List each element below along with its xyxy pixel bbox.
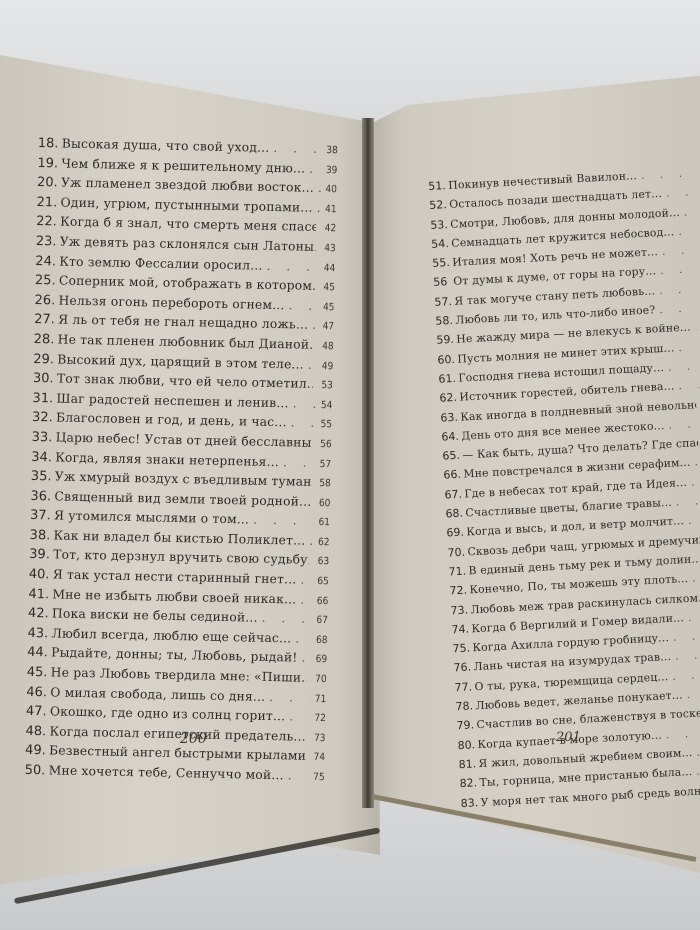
leader-dots: . . . . . . . . . . . . . . . . <box>289 396 317 411</box>
entry-number: 79. <box>456 719 477 733</box>
entry-page: 65 <box>313 576 329 587</box>
page-number-right: 201 <box>556 730 581 745</box>
entry-number: 50. <box>25 763 49 778</box>
entry-number: 52. <box>429 198 450 212</box>
entry-number: 42. <box>28 606 52 621</box>
leader-dots: . . . . . . . . . . . . . . . . <box>682 687 700 702</box>
entry-page: 71 <box>310 693 326 704</box>
leader-dots: . . . . . . . . . . . . . . . . <box>692 745 700 759</box>
entry-number: 43. <box>27 626 51 641</box>
entry-number: 66. <box>443 468 464 482</box>
entry-page: 44 <box>319 262 335 273</box>
entry-page: 58 <box>315 478 331 489</box>
leader-dots: . . . . . . . . . . . . . . . . <box>262 258 319 273</box>
leader-dots: . . . . . . . . . . . . . . . . <box>658 243 693 258</box>
leader-dots: . . . . . . . . . . . . . . . . <box>284 298 318 313</box>
entry-number: 32. <box>32 410 56 425</box>
entry-number: 62. <box>439 391 460 405</box>
entry-number: 33. <box>32 430 56 445</box>
entry-number: 44. <box>27 645 51 660</box>
leader-dots: . . . . . . . . . . . . . . . . <box>696 398 700 411</box>
leader-dots: . . . . . . . . . . . . . . . . <box>279 455 316 470</box>
leader-dots: . . . . . . . . . . . . . . . . <box>662 186 690 200</box>
entry-number: 27. <box>34 312 58 327</box>
entry-page: 48 <box>318 341 334 352</box>
entry-page: 43 <box>320 243 336 254</box>
leader-dots: . . . . . . . . . . . . . . . . <box>655 282 695 297</box>
entry-title: Пока виски не белы сединой... <box>52 607 258 625</box>
leader-dots: . . . . . . . . . . . . . . . . <box>664 417 700 432</box>
entry-number: 74. <box>451 622 472 636</box>
entry-title: Я утомился мыслями о том... <box>54 509 249 527</box>
entry-page: 72 <box>310 713 326 724</box>
leader-dots: . . . . . . . . . . . . . . . . <box>291 631 311 645</box>
leader-dots: . . . . . . . . . . . . . . . . <box>671 648 700 663</box>
leader-dots: . . . . . . . . . . . . . . . . <box>664 359 699 374</box>
entry-number: 19. <box>37 156 61 171</box>
leader-dots: . . . . . . . . . . . . . . . . <box>296 573 313 587</box>
entry-number: 30. <box>33 371 57 386</box>
entry-number: 71. <box>448 564 469 578</box>
entry-number: 53. <box>430 217 451 231</box>
left-contents-list: 18.Высокая душа, что свой уход.... . . .… <box>24 136 337 789</box>
entry-number: 54. <box>431 237 452 251</box>
leader-dots: . . . . . . . . . . . . . . . . <box>249 513 314 528</box>
entry-number: 60. <box>437 352 458 366</box>
entry-page: 57 <box>315 458 331 469</box>
leader-dots: . . . . . . . . . . . . . . . . <box>671 494 700 509</box>
entry-number: 37. <box>30 508 54 523</box>
leader-dots: . . . . . . . . . . . . . . . . <box>687 475 700 489</box>
entry-number: 29. <box>33 351 57 366</box>
leader-dots: . . . . . . . . . . . . . . . . <box>305 534 313 548</box>
leader-dots: . . . . . . . . . . . . . . . . <box>684 513 700 527</box>
entry-number: 49. <box>25 743 49 758</box>
entry-number: 28. <box>34 332 58 347</box>
entry-number: 24. <box>35 254 59 269</box>
entry-number: 48. <box>25 724 49 739</box>
entry-number: 59. <box>436 333 457 347</box>
entry-number: 21. <box>36 195 60 210</box>
entry-number: 40. <box>29 567 53 582</box>
leader-dots: . . . . . . . . . . . . . . . . <box>265 690 310 705</box>
entry-page: 74 <box>309 752 325 763</box>
entry-number: 81. <box>458 757 479 771</box>
leader-dots: . . . . . . . . . . . . . . . . <box>257 611 312 626</box>
leader-dots: . . . . . . . . . . . . . . . . <box>679 205 690 219</box>
entry-page: 70 <box>311 674 327 685</box>
leader-dots: . . . . . . . . . . . . . . . . <box>285 710 310 725</box>
leader-dots: . . . . . . . . . . . . . . . . <box>688 571 700 585</box>
entry-number: 68. <box>445 507 466 521</box>
entry-page: 45 <box>318 302 334 313</box>
entry-page: 38 <box>322 145 338 156</box>
entry-number: 34. <box>31 449 55 464</box>
entry-number: 65. <box>442 449 463 463</box>
leader-dots: . . . . . . . . . . . . . . . . <box>284 768 309 783</box>
entry-page: 47 <box>318 321 334 332</box>
entry-page: 67 <box>312 615 328 626</box>
entry-number: 61. <box>438 372 459 386</box>
entry-page: 55 <box>316 419 332 430</box>
entry-number: 57. <box>434 295 455 309</box>
entry-number: 75. <box>452 641 473 655</box>
entry-page: 73 <box>309 733 325 744</box>
entry-page: 45 <box>319 282 335 293</box>
book-gutter <box>362 118 374 808</box>
entry-number: 47. <box>26 704 50 719</box>
entry-page: 54 <box>316 400 332 411</box>
entry-number: 55. <box>432 256 453 270</box>
leader-dots: . . . . . . . . . . . . . . . . <box>308 318 318 332</box>
entry-title: Кто землю Фессалии оросил... <box>59 254 262 272</box>
entry-number: 72. <box>449 584 470 598</box>
entry-number: 80. <box>457 738 478 752</box>
entry-number: 73. <box>450 603 471 617</box>
entry-number: 64. <box>441 429 462 443</box>
leader-dots: . . . . . . . . . . . . . . . . <box>656 263 694 278</box>
entry-number: 51. <box>428 179 449 193</box>
entry-number: 26. <box>34 293 58 308</box>
leader-dots: . . . . . . . . . . . . . . . . <box>684 610 700 624</box>
leader-dots: . . . . . . . . . . . . . . . . <box>297 651 311 665</box>
entry-number: 36. <box>30 489 54 504</box>
entry-page: 66 <box>312 596 328 607</box>
entry-page: 53 <box>317 380 333 391</box>
leader-dots: . . . . . . . . . . . . . . . . <box>661 725 700 741</box>
entry-number: 58. <box>435 314 456 328</box>
right-contents-list: 51.Покинув нечестивый Вавилон.... . . . … <box>428 166 700 816</box>
leader-dots: . . . . . . . . . . . . . . . . <box>674 340 697 354</box>
leader-dots: . . . . . . . . . . . . . . . . <box>668 667 700 682</box>
entry-number: 70. <box>447 545 468 559</box>
entry-number: 46. <box>26 685 50 700</box>
entry-number: 69. <box>446 526 467 540</box>
entry-number: 22. <box>36 214 60 229</box>
entry-page: 56 <box>315 439 331 450</box>
entry-page: 62 <box>313 537 329 548</box>
leader-dots: . . . . . . . . . . . . . . . . <box>692 764 700 778</box>
entry-page: 40 <box>321 184 337 195</box>
entry-number: 56 <box>433 275 454 289</box>
entry-page: 69 <box>311 654 327 665</box>
leader-dots: . . . . . . . . . . . . . . . . <box>674 224 691 238</box>
entry-number: 77. <box>454 680 475 694</box>
entry-number: 35. <box>31 469 55 484</box>
entry-number: 76. <box>453 661 474 675</box>
entry-number: 41. <box>28 587 52 602</box>
entry-number: 25. <box>35 273 59 288</box>
entry-page: 75 <box>309 772 325 783</box>
leader-dots: . . . . . . . . . . . . . . . . <box>669 629 700 644</box>
entry-number: 63. <box>440 410 461 424</box>
entry-page: 41 <box>320 204 336 215</box>
entry-number: 38. <box>29 528 53 543</box>
leader-dots: . . . . . . . . . . . . . . . . <box>674 378 699 392</box>
entry-number: 23. <box>36 234 60 249</box>
entry-title: Высокая душа, что свой уход... <box>62 137 270 155</box>
entry-page: 63 <box>313 556 329 567</box>
leader-dots: . . . . . . . . . . . . . . . . <box>287 416 317 431</box>
entry-number: 18. <box>38 136 62 151</box>
leader-dots: . . . . . . . . . . . . . . . . <box>690 321 696 334</box>
entry-page: 49 <box>317 360 333 371</box>
leader-dots: . . . . . . . . . . . . . . . . <box>296 592 312 606</box>
entry-number: 39. <box>29 547 53 562</box>
entry-page: 61 <box>314 517 330 528</box>
entry-page: 60 <box>314 498 330 509</box>
entry-number: 31. <box>32 391 56 406</box>
entry-number: 78. <box>455 699 476 713</box>
entry-page: 42 <box>320 223 336 234</box>
entry-number: 45. <box>27 665 51 680</box>
entry-number: 20. <box>37 175 61 190</box>
entry-number: 82. <box>459 776 480 790</box>
entry-number: 67. <box>444 487 465 501</box>
page-number-left: 200 <box>180 731 207 747</box>
leader-dots: . . . . . . . . . . . . . . . . <box>655 301 695 316</box>
entry-number: 83. <box>460 796 481 810</box>
leader-dots: . . . . . . . . . . . . . . . . <box>269 141 322 156</box>
leader-dots: . . . . . . . . . . . . . . . . <box>304 357 318 371</box>
leader-dots: . . . . . . . . . . . . . . . . <box>637 166 689 182</box>
leader-dots: . . . . . . . . . . . . . . . . <box>690 455 700 469</box>
leader-dots: . . . . . . . . . . . . . . . . <box>305 161 321 175</box>
entry-page: 68 <box>311 635 327 646</box>
entry-page: 39 <box>321 165 337 176</box>
